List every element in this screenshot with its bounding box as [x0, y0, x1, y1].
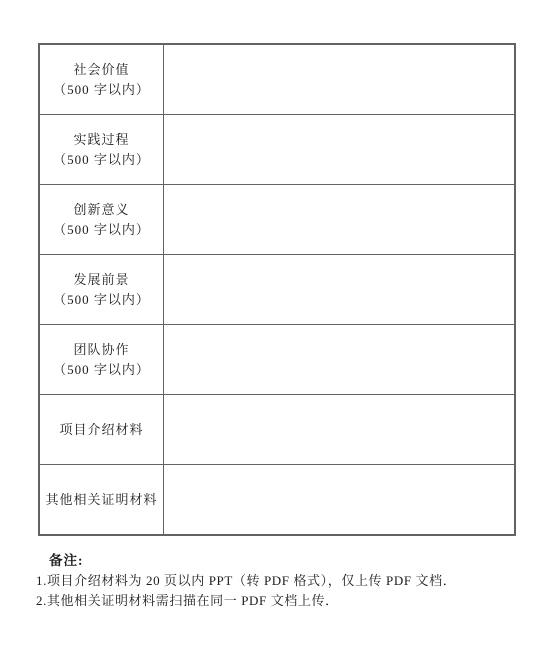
table-row: 其他相关证明材料: [39, 465, 515, 536]
row-value-cell: [164, 44, 516, 115]
table-row: 社会价值 （500 字以内）: [39, 44, 515, 115]
row-sublabel: （500 字以内）: [43, 360, 160, 380]
note-item-2: 2.其他相关证明材料需扫描在同一 PDF 文档上传．: [36, 591, 510, 610]
row-value-cell: [164, 185, 516, 255]
row-label-cell: 创新意义 （500 字以内）: [39, 185, 164, 255]
notes-heading: 备注:: [49, 551, 510, 570]
row-label-cell: 发展前景 （500 字以内）: [39, 255, 164, 325]
row-value-cell: [164, 325, 516, 395]
table-row: 实践过程 （500 字以内）: [39, 115, 515, 185]
row-label-cell: 实践过程 （500 字以内）: [39, 115, 164, 185]
row-label-cell: 团队协作 （500 字以内）: [39, 325, 164, 395]
document-page: 社会价值 （500 字以内） 实践过程 （500 字以内） 创新意义 （500 …: [0, 0, 534, 658]
row-label-cell: 其他相关证明材料: [39, 465, 164, 536]
row-label: 实践过程: [43, 130, 160, 150]
row-value-cell: [164, 115, 516, 185]
row-value-cell: [164, 395, 516, 465]
table-row: 创新意义 （500 字以内）: [39, 185, 515, 255]
row-value-cell: [164, 255, 516, 325]
row-label: 团队协作: [43, 340, 160, 360]
note-item-1: 1.项目介绍材料为 20 页以内 PPT（转 PDF 格式），仅上传 PDF 文…: [36, 571, 510, 590]
row-value-cell: [164, 465, 516, 536]
row-label: 社会价值: [43, 60, 160, 80]
row-label: 发展前景: [43, 270, 160, 290]
row-sublabel: （500 字以内）: [43, 150, 160, 170]
row-sublabel: （500 字以内）: [43, 220, 160, 240]
notes-section: 备注: 1.项目介绍材料为 20 页以内 PPT（转 PDF 格式），仅上传 P…: [36, 551, 510, 610]
table-row: 发展前景 （500 字以内）: [39, 255, 515, 325]
form-table: 社会价值 （500 字以内） 实践过程 （500 字以内） 创新意义 （500 …: [38, 43, 516, 536]
row-label-cell: 项目介绍材料: [39, 395, 164, 465]
row-label-cell: 社会价值 （500 字以内）: [39, 44, 164, 115]
row-label: 其他相关证明材料: [43, 490, 160, 510]
row-sublabel: （500 字以内）: [43, 80, 160, 100]
row-label: 项目介绍材料: [43, 420, 160, 440]
table-row: 项目介绍材料: [39, 395, 515, 465]
table-row: 团队协作 （500 字以内）: [39, 325, 515, 395]
row-sublabel: （500 字以内）: [43, 290, 160, 310]
row-label: 创新意义: [43, 200, 160, 220]
